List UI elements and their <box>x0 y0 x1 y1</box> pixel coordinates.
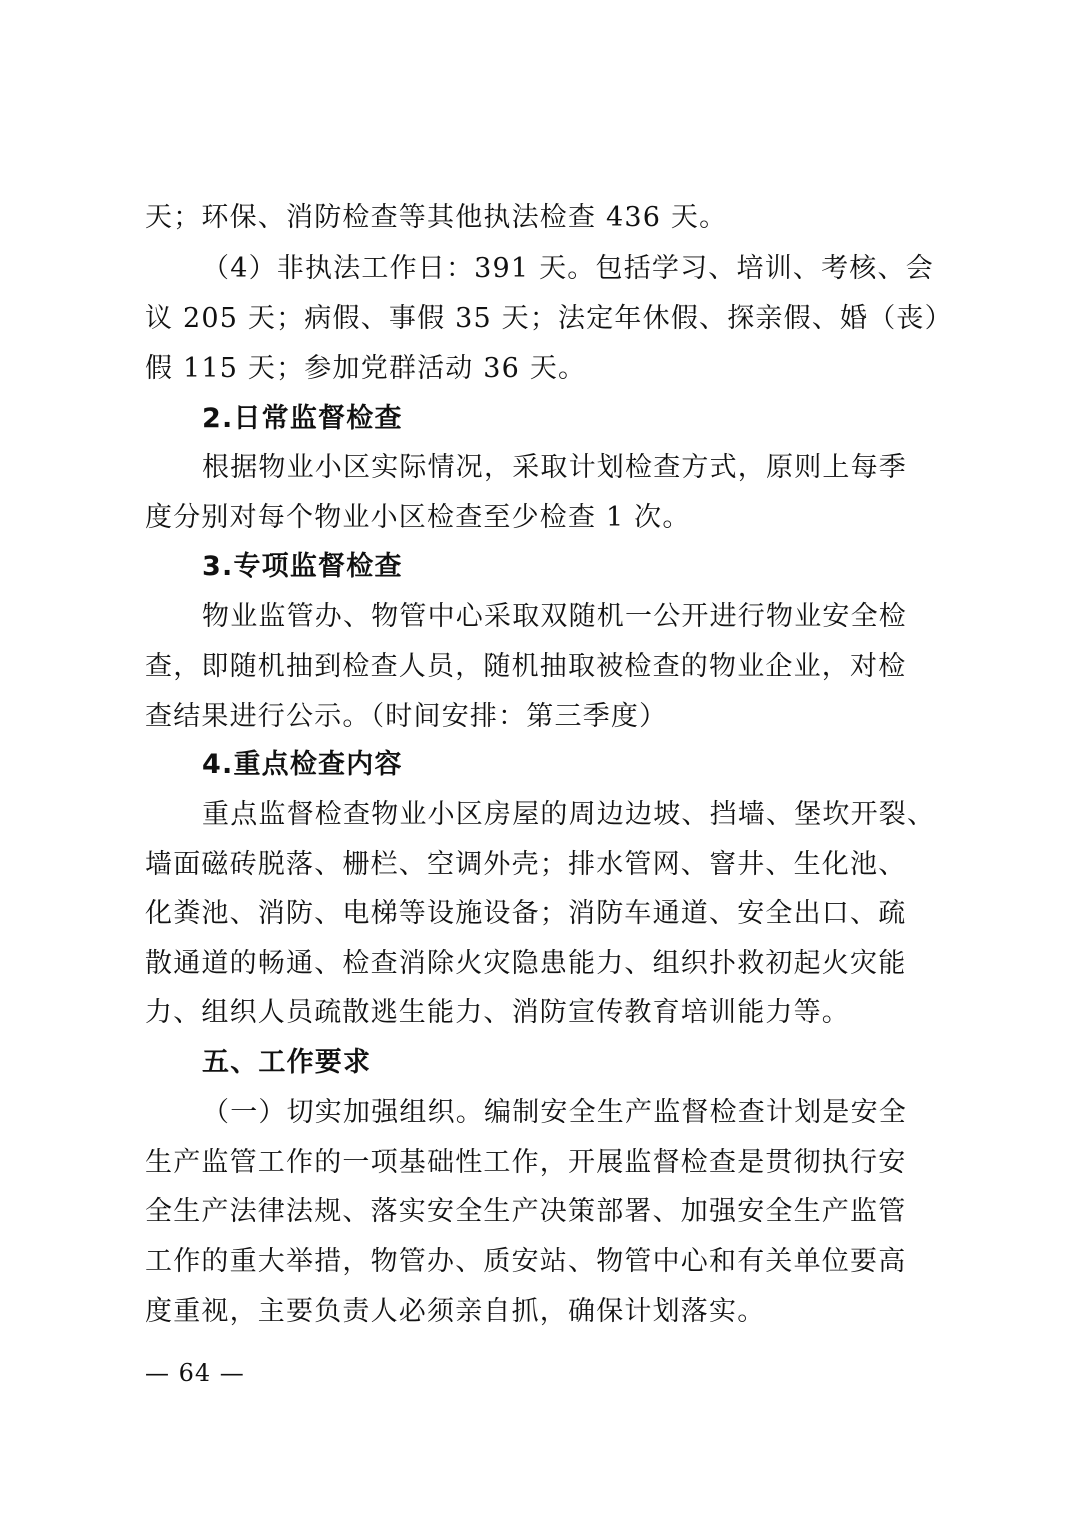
text-line: 查结果进行公示。（时间安排：第三季度） <box>145 700 667 734</box>
text-line: 天；环保、消防检查等其他执法检查 436 天。 <box>145 201 727 235</box>
text-line: 度重视，主要负责人必须亲自抓，确保计划落实。 <box>145 1295 765 1329</box>
text-line: 生产监管工作的一项基础性工作，开展监督检查是贯彻执行安 <box>145 1146 906 1180</box>
text-line: 度分别对每个物业小区检查至少检查 1 次。 <box>145 501 691 535</box>
text-line: 墙面磁砖脱落、栅栏、空调外壳；排水管网、窨井、生化池、 <box>145 848 906 882</box>
section-heading: 4.重点检查内容 <box>202 748 403 782</box>
page-number: — 64 — <box>145 1358 245 1388</box>
section-heading: 3.专项监督检查 <box>202 550 403 584</box>
text-line: （一）切实加强组织。编制安全生产监督检查计划是安全 <box>202 1096 907 1130</box>
text-line: 重点监督检查物业小区房屋的周边边坡、挡墙、堡坎开裂、 <box>202 798 935 832</box>
chapter-heading: 五、工作要求 <box>202 1046 371 1080</box>
text-line: 力、组织人员疏散逃生能力、消防宣传教育培训能力等。 <box>145 996 850 1030</box>
section-heading: 2.日常监督检查 <box>202 402 403 436</box>
text-line: 全生产法律法规、落实安全生产决策部署、加强安全生产监管 <box>145 1195 906 1229</box>
text-line: 工作的重大举措，物管办、质安站、物管中心和有关单位要高 <box>145 1245 906 1279</box>
text-line: （4）非执法工作日：391 天。包括学习、培训、考核、会 <box>202 252 934 286</box>
text-line: 查，即随机抽到检查人员，随机抽取被检查的物业企业，对检 <box>145 650 906 684</box>
text-line: 物业监管办、物管中心采取双随机一公开进行物业安全检 <box>202 600 907 634</box>
text-line: 化粪池、消防、电梯等设施设备；消防车通道、安全出口、疏 <box>145 897 906 931</box>
text-line: 散通道的畅通、检查消除火灾隐患能力、组织扑救初起火灾能 <box>145 947 906 981</box>
text-line: 根据物业小区实际情况，采取计划检查方式，原则上每季 <box>202 451 907 485</box>
text-line: 议 205 天；病假、事假 35 天；法定年休假、探亲假、婚（丧） <box>145 302 953 336</box>
text-line: 假 115 天；参加党群活动 36 天。 <box>145 352 586 386</box>
